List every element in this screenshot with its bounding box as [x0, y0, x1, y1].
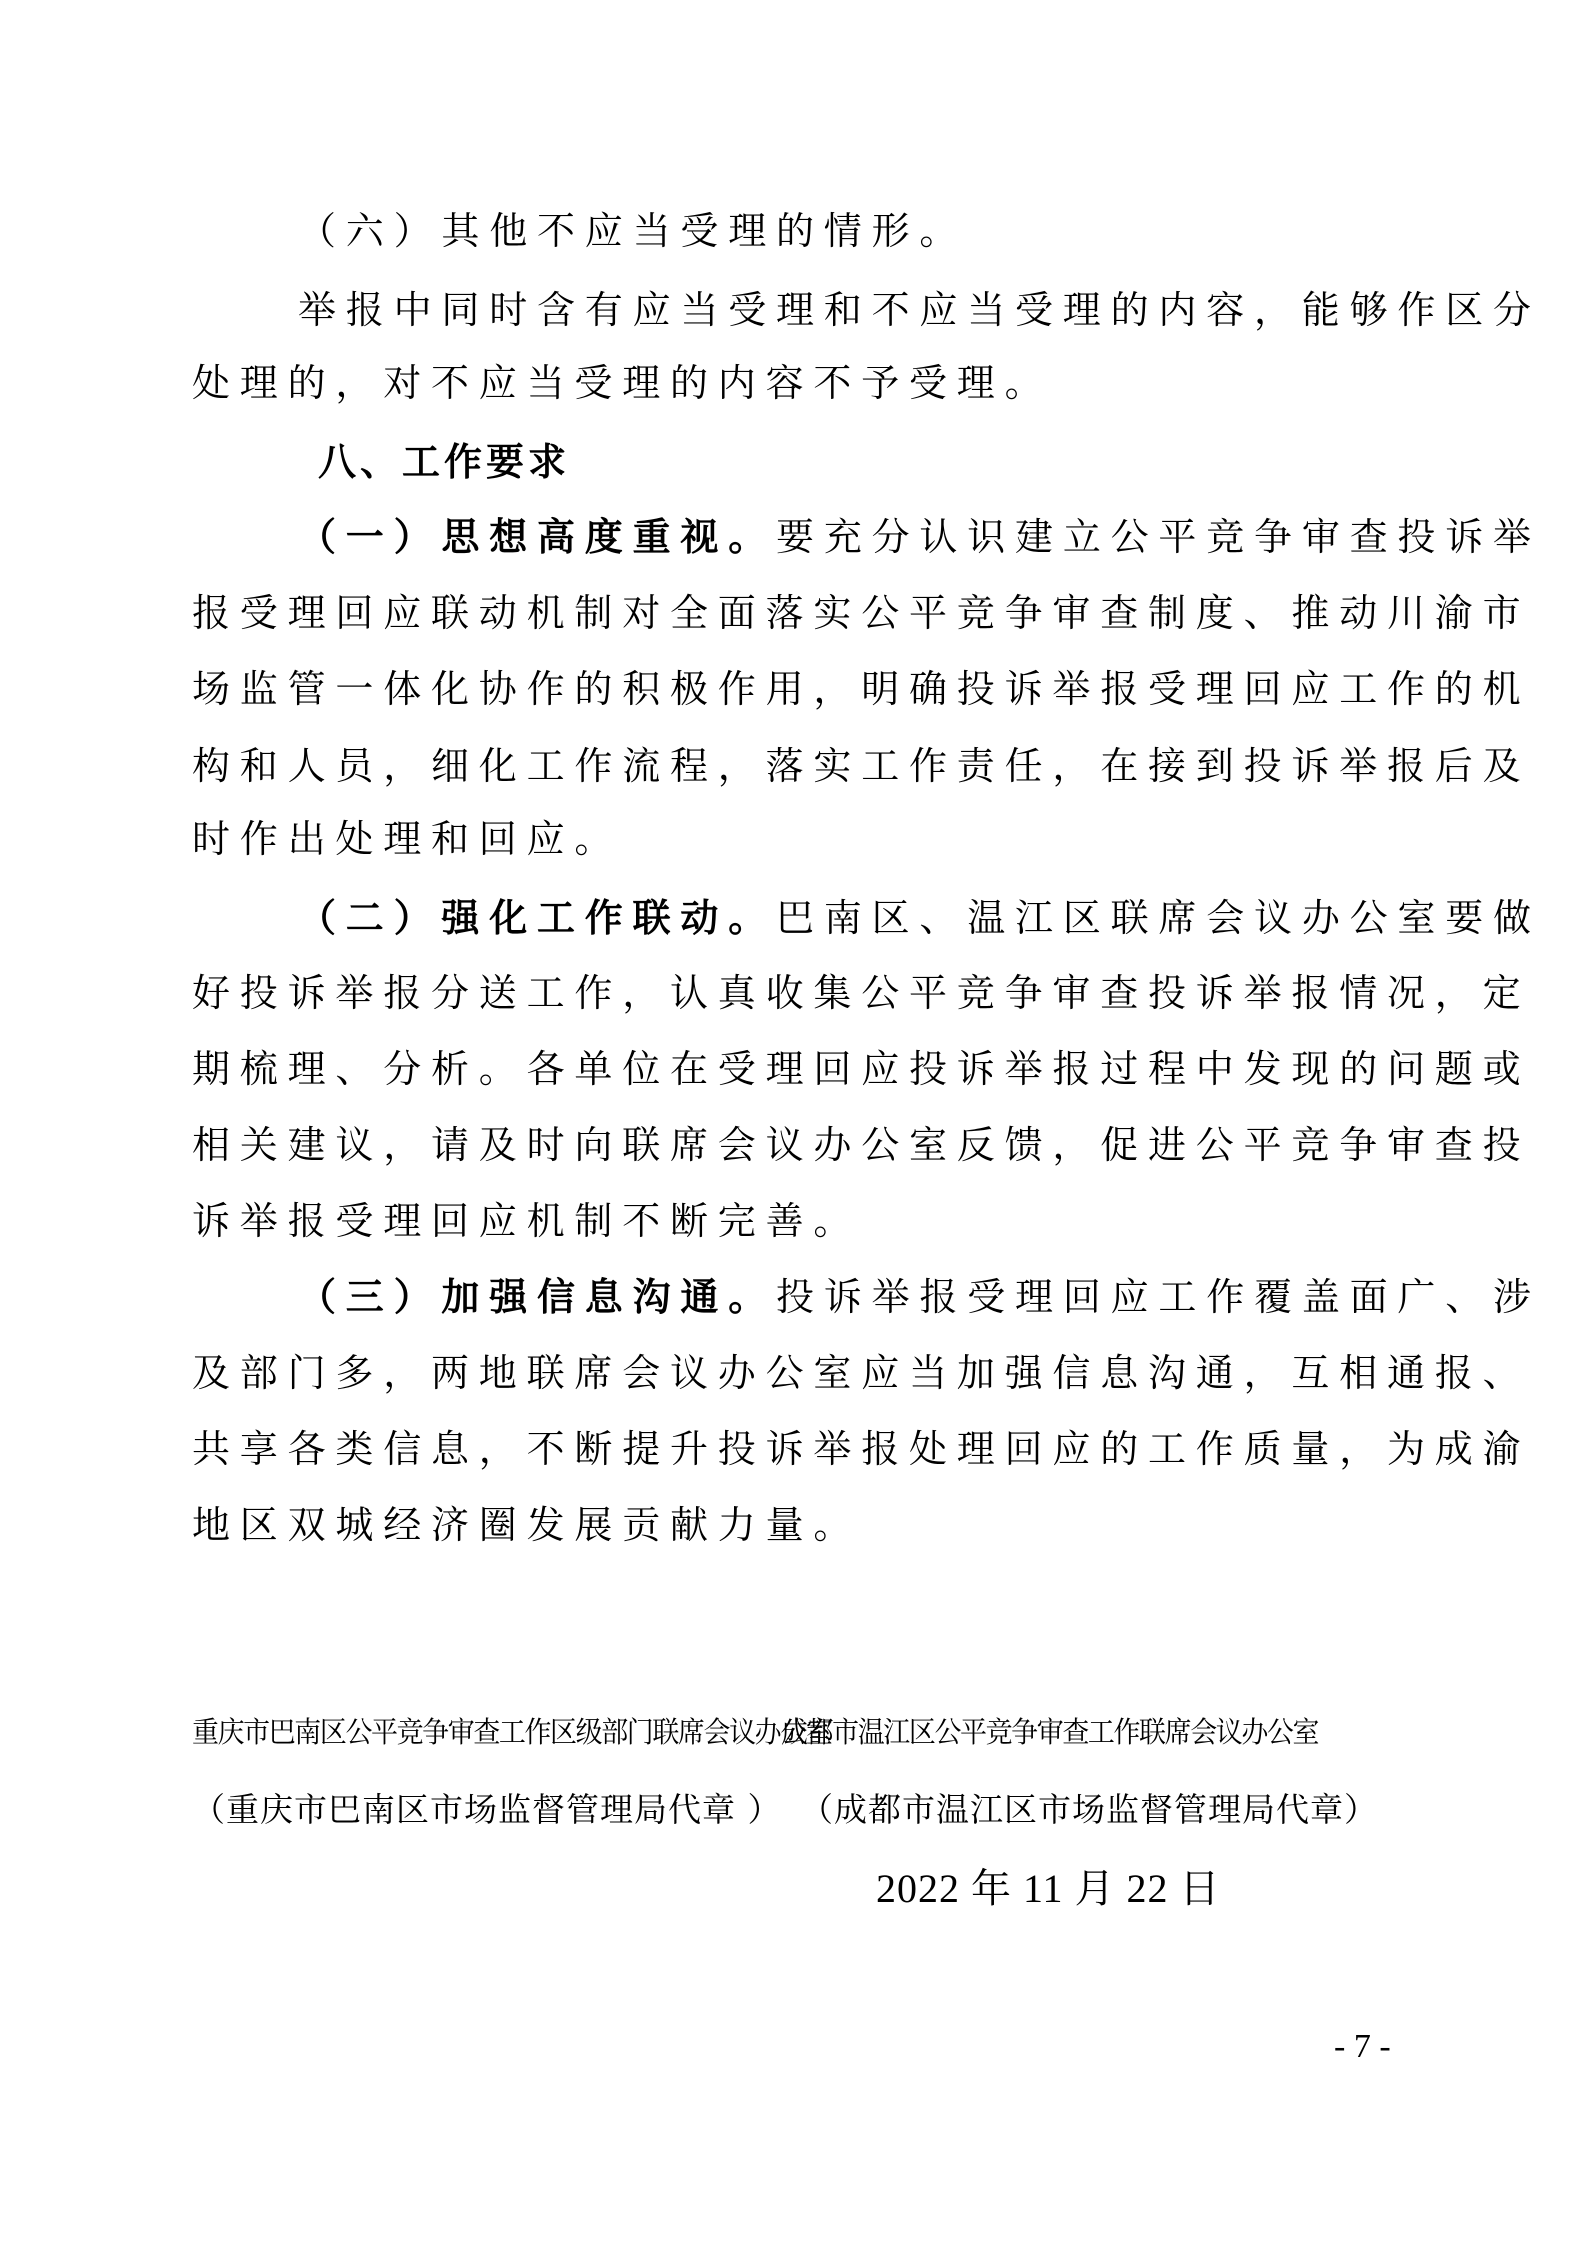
requirement-1-line-5: 时作出处理和回应。 [192, 814, 622, 864]
requirement-1-line-1: （一）思想高度重视。要充分认识建立公平竞争审查投诉举 [298, 512, 1541, 562]
requirement-2-line-2: 好投诉举报分送工作，认真收集公平竞争审查投诉举报情况，定 [192, 968, 1530, 1018]
signature-left-seal: （重庆市巴南区市场监督管理局代章 ） [192, 1788, 782, 1832]
requirement-1-line-1-text: 要充分认识建立公平竞争审查投诉举 [776, 515, 1541, 559]
requirement-3-line-1-text: 投诉举报受理回应工作覆盖面广、涉 [776, 1275, 1541, 1319]
item-6-paragraph: （六）其他不应当受理的情形。 [298, 206, 967, 256]
signature-left-office: 重庆市巴南区公平竞争审查工作区级部门联席会议办公室 [192, 1712, 831, 1752]
requirement-1-lead: （一）思想高度重视。 [298, 515, 776, 559]
requirement-2-lead: （二）强化工作联动。 [298, 896, 776, 940]
requirement-2-line-4: 相关建议，请及时向联席会议办公室反馈，促进公平竞争审查投 [192, 1120, 1530, 1170]
requirement-3-lead: （三）加强信息沟通。 [298, 1275, 776, 1319]
section-8-heading: 八、工作要求 [318, 437, 570, 487]
requirement-3-line-3: 共享各类信息，不断提升投诉举报处理回应的工作质量，为成渝 [192, 1424, 1530, 1474]
requirement-3-line-1: （三）加强信息沟通。投诉举报受理回应工作覆盖面广、涉 [298, 1272, 1541, 1322]
requirement-3-line-2: 及部门多，两地联席会议办公室应当加强信息沟通，互相通报、 [192, 1348, 1530, 1398]
requirement-2-line-3: 期梳理、分析。各单位在受理回应投诉举报过程中发现的问题或 [192, 1044, 1530, 1094]
mixed-report-line-2: 处理的，对不应当受理的内容不予受理。 [192, 358, 1052, 408]
document-date: 2022 年 11 月 22 日 [876, 1864, 1221, 1914]
requirement-1-line-3: 场监管一体化协作的积极作用，明确投诉举报受理回应工作的机 [192, 664, 1530, 714]
signature-right-office: 成都市温江区公平竞争审查工作联席会议办公室 [781, 1712, 1318, 1752]
signature-right-seal: （成都市温江区市场监督管理局代章） [800, 1788, 1378, 1832]
requirement-2-line-1: （二）强化工作联动。巴南区、温江区联席会议办公室要做 [298, 893, 1541, 943]
requirement-2-line-5: 诉举报受理回应机制不断完善。 [192, 1196, 861, 1246]
document-page: （六）其他不应当受理的情形。 举报中同时含有应当受理和不应当受理的内容，能够作区… [0, 0, 1587, 2245]
requirement-1-line-4: 构和人员，细化工作流程，落实工作责任，在接到投诉举报后及 [192, 741, 1530, 791]
requirement-3-line-4: 地区双城经济圈发展贡献力量。 [192, 1500, 861, 1550]
mixed-report-line-1: 举报中同时含有应当受理和不应当受理的内容，能够作区分 [298, 285, 1541, 335]
requirement-1-line-2: 报受理回应联动机制对全面落实公平竞争审查制度、推动川渝市 [192, 588, 1530, 638]
requirement-2-line-1-text: 巴南区、温江区联席会议办公室要做 [776, 896, 1541, 940]
page-number: - 7 - [1334, 2025, 1391, 2069]
